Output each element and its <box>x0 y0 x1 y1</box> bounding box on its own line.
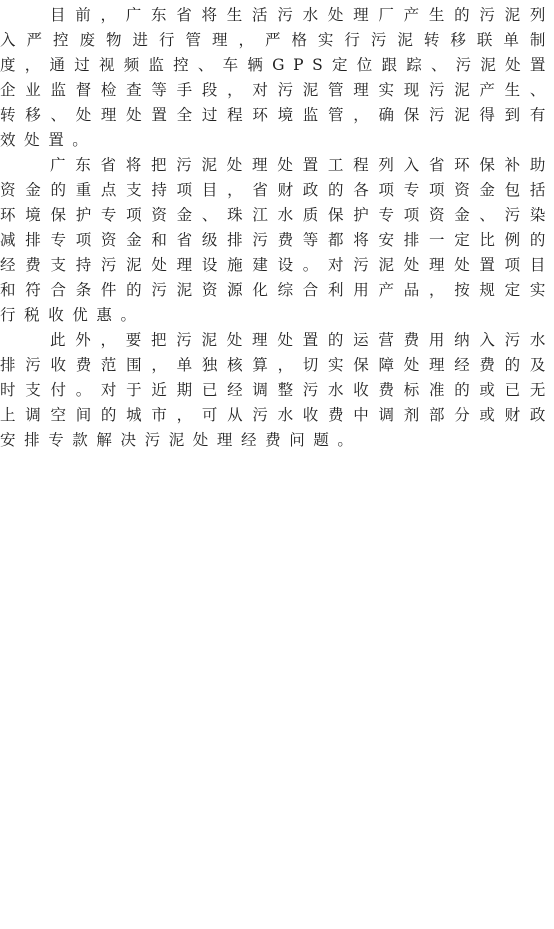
paragraph-operating-costs: 此外，要把污泥处理处置的运营费用纳入污水排污收费范围，单独核算，切实保障处理经费… <box>0 328 554 453</box>
document-body: 目前，广东省将生活污水处理厂产生的污泥列入严控废物进行管理，严格实行污泥转移联单… <box>0 3 554 453</box>
paragraph-sludge-management: 目前，广东省将生活污水处理厂产生的污泥列入严控废物进行管理，严格实行污泥转移联单… <box>0 3 554 153</box>
paragraph-funding-support: 广东省将把污泥处理处置工程列入省环保补助资金的重点支持项目，省财政的各项专项资金… <box>0 153 554 328</box>
